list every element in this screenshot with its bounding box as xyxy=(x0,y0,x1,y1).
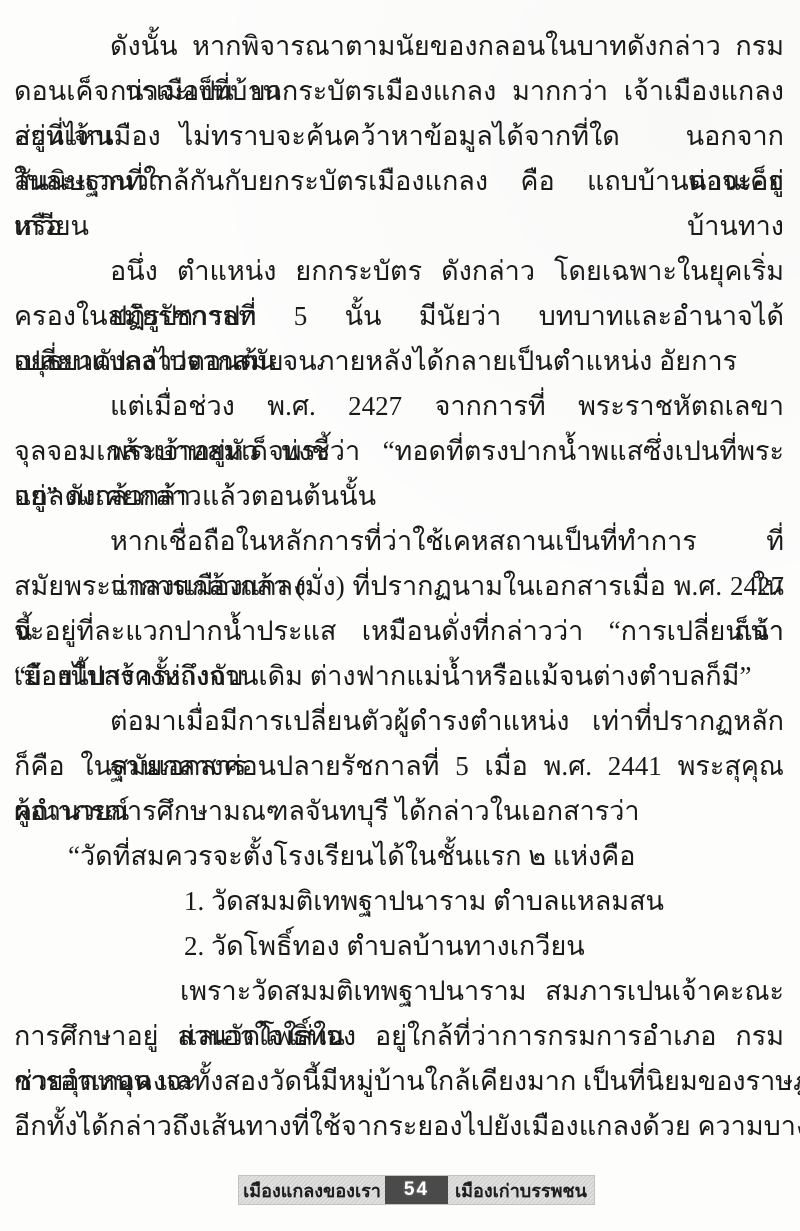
text-line: หากเชื่อถือในหลักการที่ว่าใช้เคหสถานเป็น… xyxy=(14,519,784,564)
text-line: แต่เมื่อช่วง พ.ศ. 2427 จากการที่ พระราชห… xyxy=(14,384,784,429)
text-line: จะอยู่ที่ละแวกปากน้ำประแส เหมือนดั่งที่ก… xyxy=(14,609,784,654)
page-number-badge: 54 xyxy=(385,1176,448,1204)
quote-first-line: “วัดที่สมควรจะตั้งโรงเรียนได้ในชั้นแรก ๒… xyxy=(14,834,784,879)
text-line: จุลจอมเกล้าเจ้าอยู่หัว บ่งชี้ว่า “ทอดที่… xyxy=(14,429,784,474)
text-line: ก็คือ ในสมัยกลางค่อนปลายรัชกาลที่ 5 เมื่… xyxy=(14,744,784,789)
text-line: ดอนเค็จ น่าจะเป็น ยกกระบัตรเมืองแกลง มาก… xyxy=(14,69,784,114)
document-page: ดังนั้น หากพิจารณาตามนัยของกลอนในบาทดังก… xyxy=(0,0,800,1231)
text-line: สมัยพระแกลงแกล้วกล้า (มั่ง) ที่ปรากฏนามใ… xyxy=(14,564,784,609)
text-line: อีกทั้งได้กล่าวถึงเส้นทางที่ใช้จากระยองไ… xyxy=(14,1104,784,1149)
text-line: อนึ่ง ตำแหน่ง ยกกระบัตร ดังกล่าว โดยเฉพา… xyxy=(14,249,784,294)
text-line: ในละแวกที่ใกล้กันกับยกระบัตรเมืองแกลง คื… xyxy=(14,159,784,204)
text-line: เพราะวัดสมมติเทพฐาปนาราม สมภารเปนเจ้าคะณ… xyxy=(14,969,784,1014)
text-line: อยู่” ดังเคยกล่าวแล้วตอนต้นนั้น xyxy=(14,474,784,519)
text-line: ต่อมาเมื่อมีการเปลี่ยนตัวผู้ดำรงตำแหน่ง … xyxy=(14,699,784,744)
text-line: อยู่ที่ไหน ไม่ทราบจะค้นคว้าหาข้อมูลได้จา… xyxy=(14,114,784,159)
text-line: อยุธยาดังกล่าวตอนต้น จนภายหลังได้กลายเป็… xyxy=(14,339,784,384)
list-item-line: 1. วัดสมมติเทพฐาปนาราม ตำบลแหลมสน xyxy=(14,879,784,924)
footer-chapter-title: เมืองเก่าบรรพชน xyxy=(448,1176,594,1204)
text-line: “ย้ายไปสร้างห่างจวนเดิม ต่างฟากแม่น้ำหรื… xyxy=(14,654,784,699)
text-line: ช่วยอุดหนุน แลทั้งสองวัดนี้มีหมู่บ้านใกล… xyxy=(14,1059,784,1104)
text-line: ดังนั้น หากพิจารณาตามนัยของกลอนในบาทดังก… xyxy=(14,24,784,69)
page-footer: เมืองแกลงของเรา 54 เมืองเก่าบรรพชน xyxy=(238,1175,595,1205)
text-line: ครองในสมัยรัชกาลที่ 5 นั้น มีนัยว่า บทบา… xyxy=(14,294,784,339)
list-item-line: 2. วัดโพธิ์ทอง ตำบลบ้านทางเกวียน xyxy=(14,924,784,969)
text-line: ผู้อำนวยการศึกษามณฑลจันทบุรี ได้กล่าวในเ… xyxy=(14,789,784,834)
body-text: ดังนั้น หากพิจารณาตามนัยของกลอนในบาทดังก… xyxy=(14,24,784,1149)
text-line: การศึกษาอยู่ ส่วนวัดโพธิ์ทอง อยู่ใกล้ที่… xyxy=(14,1014,784,1059)
footer-book-title: เมืองแกลงของเรา xyxy=(239,1176,385,1204)
